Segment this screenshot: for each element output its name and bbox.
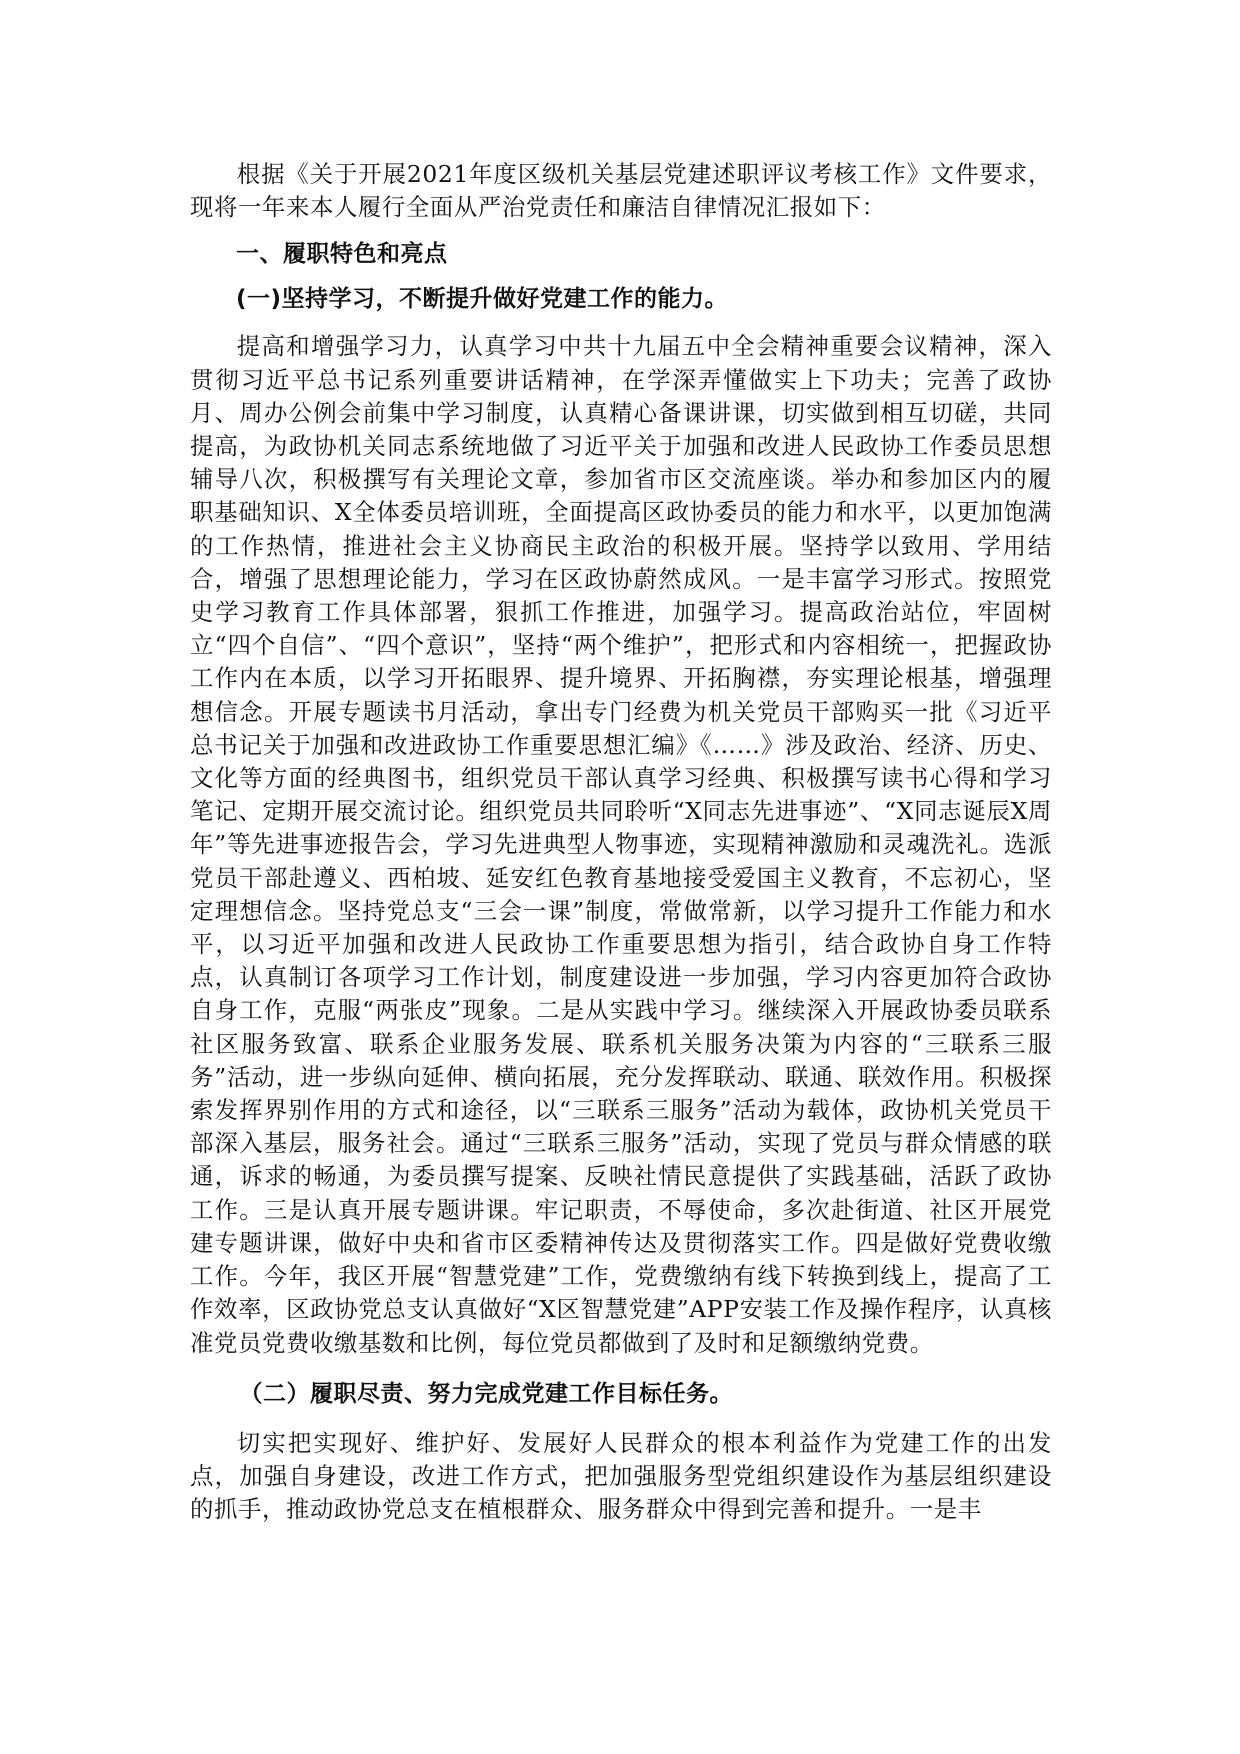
document-page: 根据《关于开展2021年度区级机关基层党建述职评议考核工作》文件要求，现将一年来… xyxy=(190,158,1052,1526)
subsection-heading-1: (一)坚持学习，不断提升做好党建工作的能力。 xyxy=(190,283,1052,316)
subsection-heading-2: （二）履职尽责、努力完成党建工作目标任务。 xyxy=(190,1378,1052,1411)
section-heading-1: 一、履职特色和亮点 xyxy=(190,238,1052,271)
subsection-2-body: 切实把实现好、维护好、发展好人民群众的根本利益作为党建工作的出发点，加强自身建设… xyxy=(190,1427,1052,1527)
intro-paragraph: 根据《关于开展2021年度区级机关基层党建述职评议考核工作》文件要求，现将一年来… xyxy=(190,158,1052,224)
subsection-1-body: 提高和增强学习力，认真学习中共十九届五中全会精神重要会议精神，深入贯彻习近平总书… xyxy=(190,330,1052,1359)
